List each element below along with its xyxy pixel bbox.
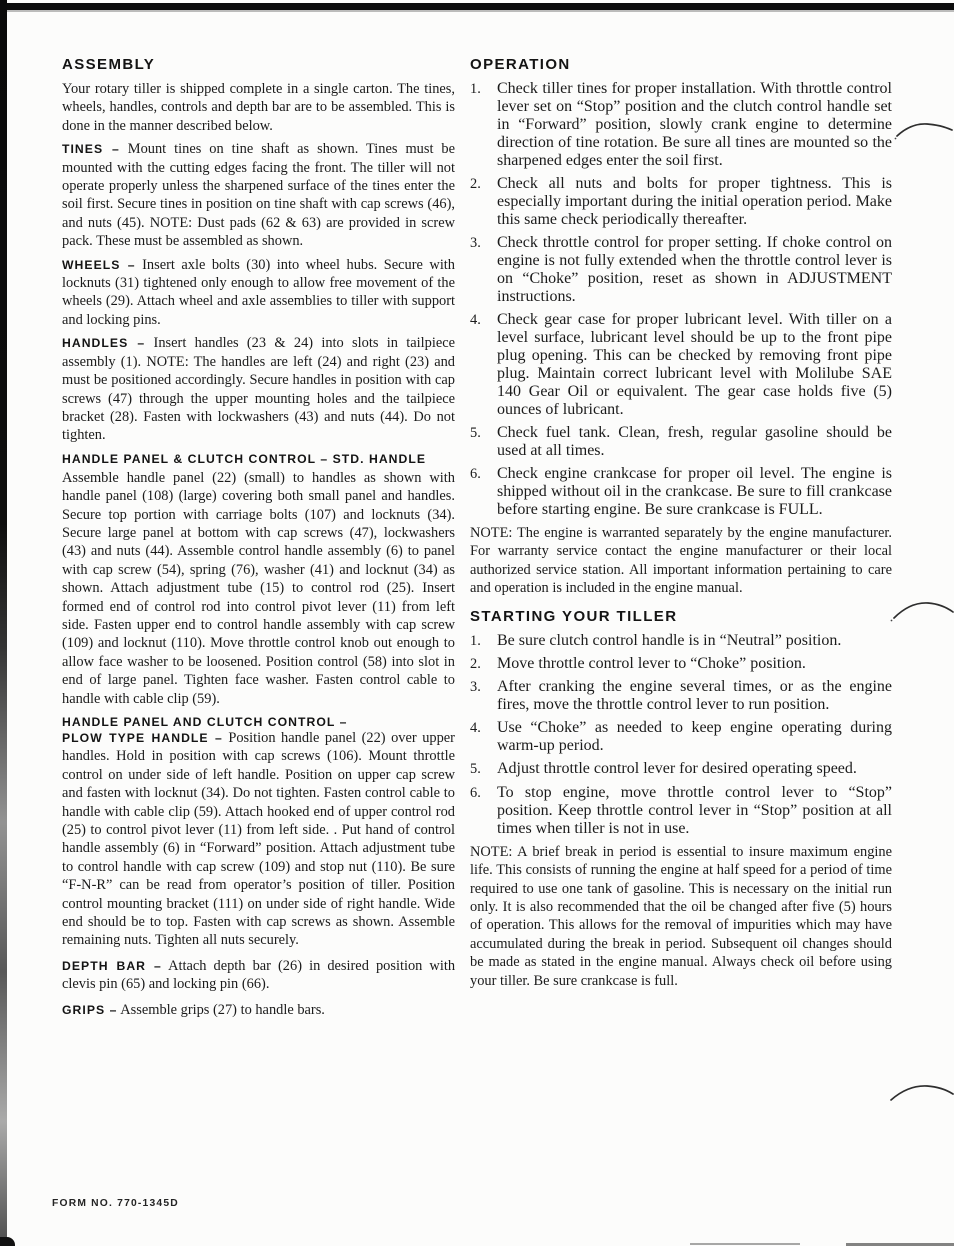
depth-bar-paragraph: DEPTH BAR – Attach depth bar (26) in des… bbox=[62, 957, 455, 994]
list-number: 1. bbox=[470, 80, 497, 170]
list-item-text: Be sure clutch control handle is in “Neu… bbox=[497, 632, 892, 650]
starting-item-1: 1. Be sure clutch control handle is in “… bbox=[470, 632, 892, 650]
operation-list: 1. Check tiller tines for proper install… bbox=[470, 80, 892, 519]
grips-paragraph: GRIPS – Assemble grips (27) to handle ba… bbox=[62, 1001, 455, 1019]
scan-edge-top bbox=[0, 3, 954, 10]
std-handle-paragraph: Assemble handle panel (22) (small) to ha… bbox=[62, 469, 455, 708]
plow-handle-paragraph: PLOW TYPE HANDLE – Position handle panel… bbox=[62, 729, 455, 950]
operation-item-2: 2. Check all nuts and bolts for proper t… bbox=[470, 175, 892, 229]
list-number: 1. bbox=[470, 632, 497, 650]
list-number: 5. bbox=[470, 424, 497, 460]
list-item-text: Check fuel tank. Clean, fresh, regular g… bbox=[497, 424, 892, 460]
list-item-text: Check all nuts and bolts for proper tigh… bbox=[497, 175, 892, 229]
starting-note: NOTE: A brief break in period is essenti… bbox=[470, 843, 892, 990]
depth-bar-label: DEPTH BAR – bbox=[62, 959, 162, 973]
list-item-text: Check gear case for proper lubricant lev… bbox=[497, 311, 892, 419]
tines-label: TINES – bbox=[62, 142, 120, 156]
list-number: 4. bbox=[470, 311, 497, 419]
wheels-label: WHEELS – bbox=[62, 258, 136, 272]
pen-scan-mark bbox=[888, 592, 954, 628]
tines-text: Mount tines on tine shaft as shown. Tine… bbox=[62, 141, 455, 249]
list-item-text: Use “Choke” as needed to keep engine ope… bbox=[497, 719, 892, 755]
list-number: 5. bbox=[470, 760, 497, 778]
scan-corner-mark bbox=[0, 1237, 15, 1246]
plow-handle-label: PLOW TYPE HANDLE – bbox=[62, 731, 223, 745]
pen-scan-mark bbox=[886, 1076, 954, 1110]
plow-handle-text: Position handle panel (22) over upper ha… bbox=[62, 730, 455, 948]
pen-scan-mark bbox=[893, 113, 954, 145]
scan-edge-bottom-dash bbox=[690, 1243, 800, 1245]
list-number: 2. bbox=[470, 175, 497, 229]
operation-item-1: 1. Check tiller tines for proper install… bbox=[470, 80, 892, 170]
list-number: 3. bbox=[470, 678, 497, 714]
scan-edge-left bbox=[0, 0, 7, 1246]
right-column: OPERATION 1. Check tiller tines for prop… bbox=[470, 56, 892, 1024]
form-number: FORM NO. 770-1345D bbox=[52, 1198, 179, 1209]
grips-text: Assemble grips (27) to handle bars. bbox=[120, 1002, 325, 1018]
starting-item-2: 2. Move throttle control lever to “Choke… bbox=[470, 655, 892, 673]
list-item-text: Check tiller tines for proper installati… bbox=[497, 80, 892, 170]
manual-page: ASSEMBLY Your rotary tiller is shipped c… bbox=[0, 0, 954, 1246]
list-item-text: Check throttle control for proper settin… bbox=[497, 234, 892, 306]
list-item-text: Move throttle control lever to “Choke” p… bbox=[497, 655, 892, 673]
starting-list: 1. Be sure clutch control handle is in “… bbox=[470, 632, 892, 838]
operation-note: NOTE: The engine is warranted separately… bbox=[470, 524, 892, 598]
grips-label: GRIPS – bbox=[62, 1003, 117, 1017]
list-item-text: After cranking the engine several times,… bbox=[497, 678, 892, 714]
handles-paragraph: HANDLES – Insert handles (23 & 24) into … bbox=[62, 334, 455, 444]
handles-label: HANDLES – bbox=[62, 336, 145, 350]
list-item-text: To stop engine, move throttle control le… bbox=[497, 784, 892, 838]
list-number: 6. bbox=[470, 784, 497, 838]
operation-item-3: 3. Check throttle control for proper set… bbox=[470, 234, 892, 306]
starting-item-5: 5. Adjust throttle control lever for des… bbox=[470, 760, 892, 778]
list-number: 3. bbox=[470, 234, 497, 306]
starting-item-6: 6. To stop engine, move throttle control… bbox=[470, 784, 892, 838]
operation-item-5: 5. Check fuel tank. Clean, fresh, regula… bbox=[470, 424, 892, 460]
handles-text: Insert handles (23 & 24) into slots in t… bbox=[62, 335, 455, 443]
starting-item-3: 3. After cranking the engine several tim… bbox=[470, 678, 892, 714]
section-heading-operation: OPERATION bbox=[470, 56, 892, 73]
left-column: ASSEMBLY Your rotary tiller is shipped c… bbox=[62, 56, 455, 1024]
assembly-intro-paragraph: Your rotary tiller is shipped complete i… bbox=[62, 80, 455, 135]
page-body: ASSEMBLY Your rotary tiller is shipped c… bbox=[62, 56, 892, 1024]
operation-item-4: 4. Check gear case for proper lubricant … bbox=[470, 311, 892, 419]
subheading-std-handle: HANDLE PANEL & CLUTCH CONTROL – STD. HAN… bbox=[62, 452, 455, 466]
wheels-paragraph: WHEELS – Insert axle bolts (30) into whe… bbox=[62, 256, 455, 330]
list-number: 4. bbox=[470, 719, 497, 755]
operation-item-6: 6. Check engine crankcase for proper oil… bbox=[470, 465, 892, 519]
tines-paragraph: TINES – Mount tines on tine shaft as sho… bbox=[62, 140, 455, 250]
starting-item-4: 4. Use “Choke” as needed to keep engine … bbox=[470, 719, 892, 755]
subheading-plow-handle-line1: HANDLE PANEL AND CLUTCH CONTROL – bbox=[62, 715, 455, 729]
list-item-text: Check engine crankcase for proper oil le… bbox=[497, 465, 892, 519]
section-heading-assembly: ASSEMBLY bbox=[62, 56, 455, 73]
section-heading-starting: STARTING YOUR TILLER bbox=[470, 608, 892, 625]
list-item-text: Adjust throttle control lever for desire… bbox=[497, 760, 892, 778]
list-number: 2. bbox=[470, 655, 497, 673]
list-number: 6. bbox=[470, 465, 497, 519]
